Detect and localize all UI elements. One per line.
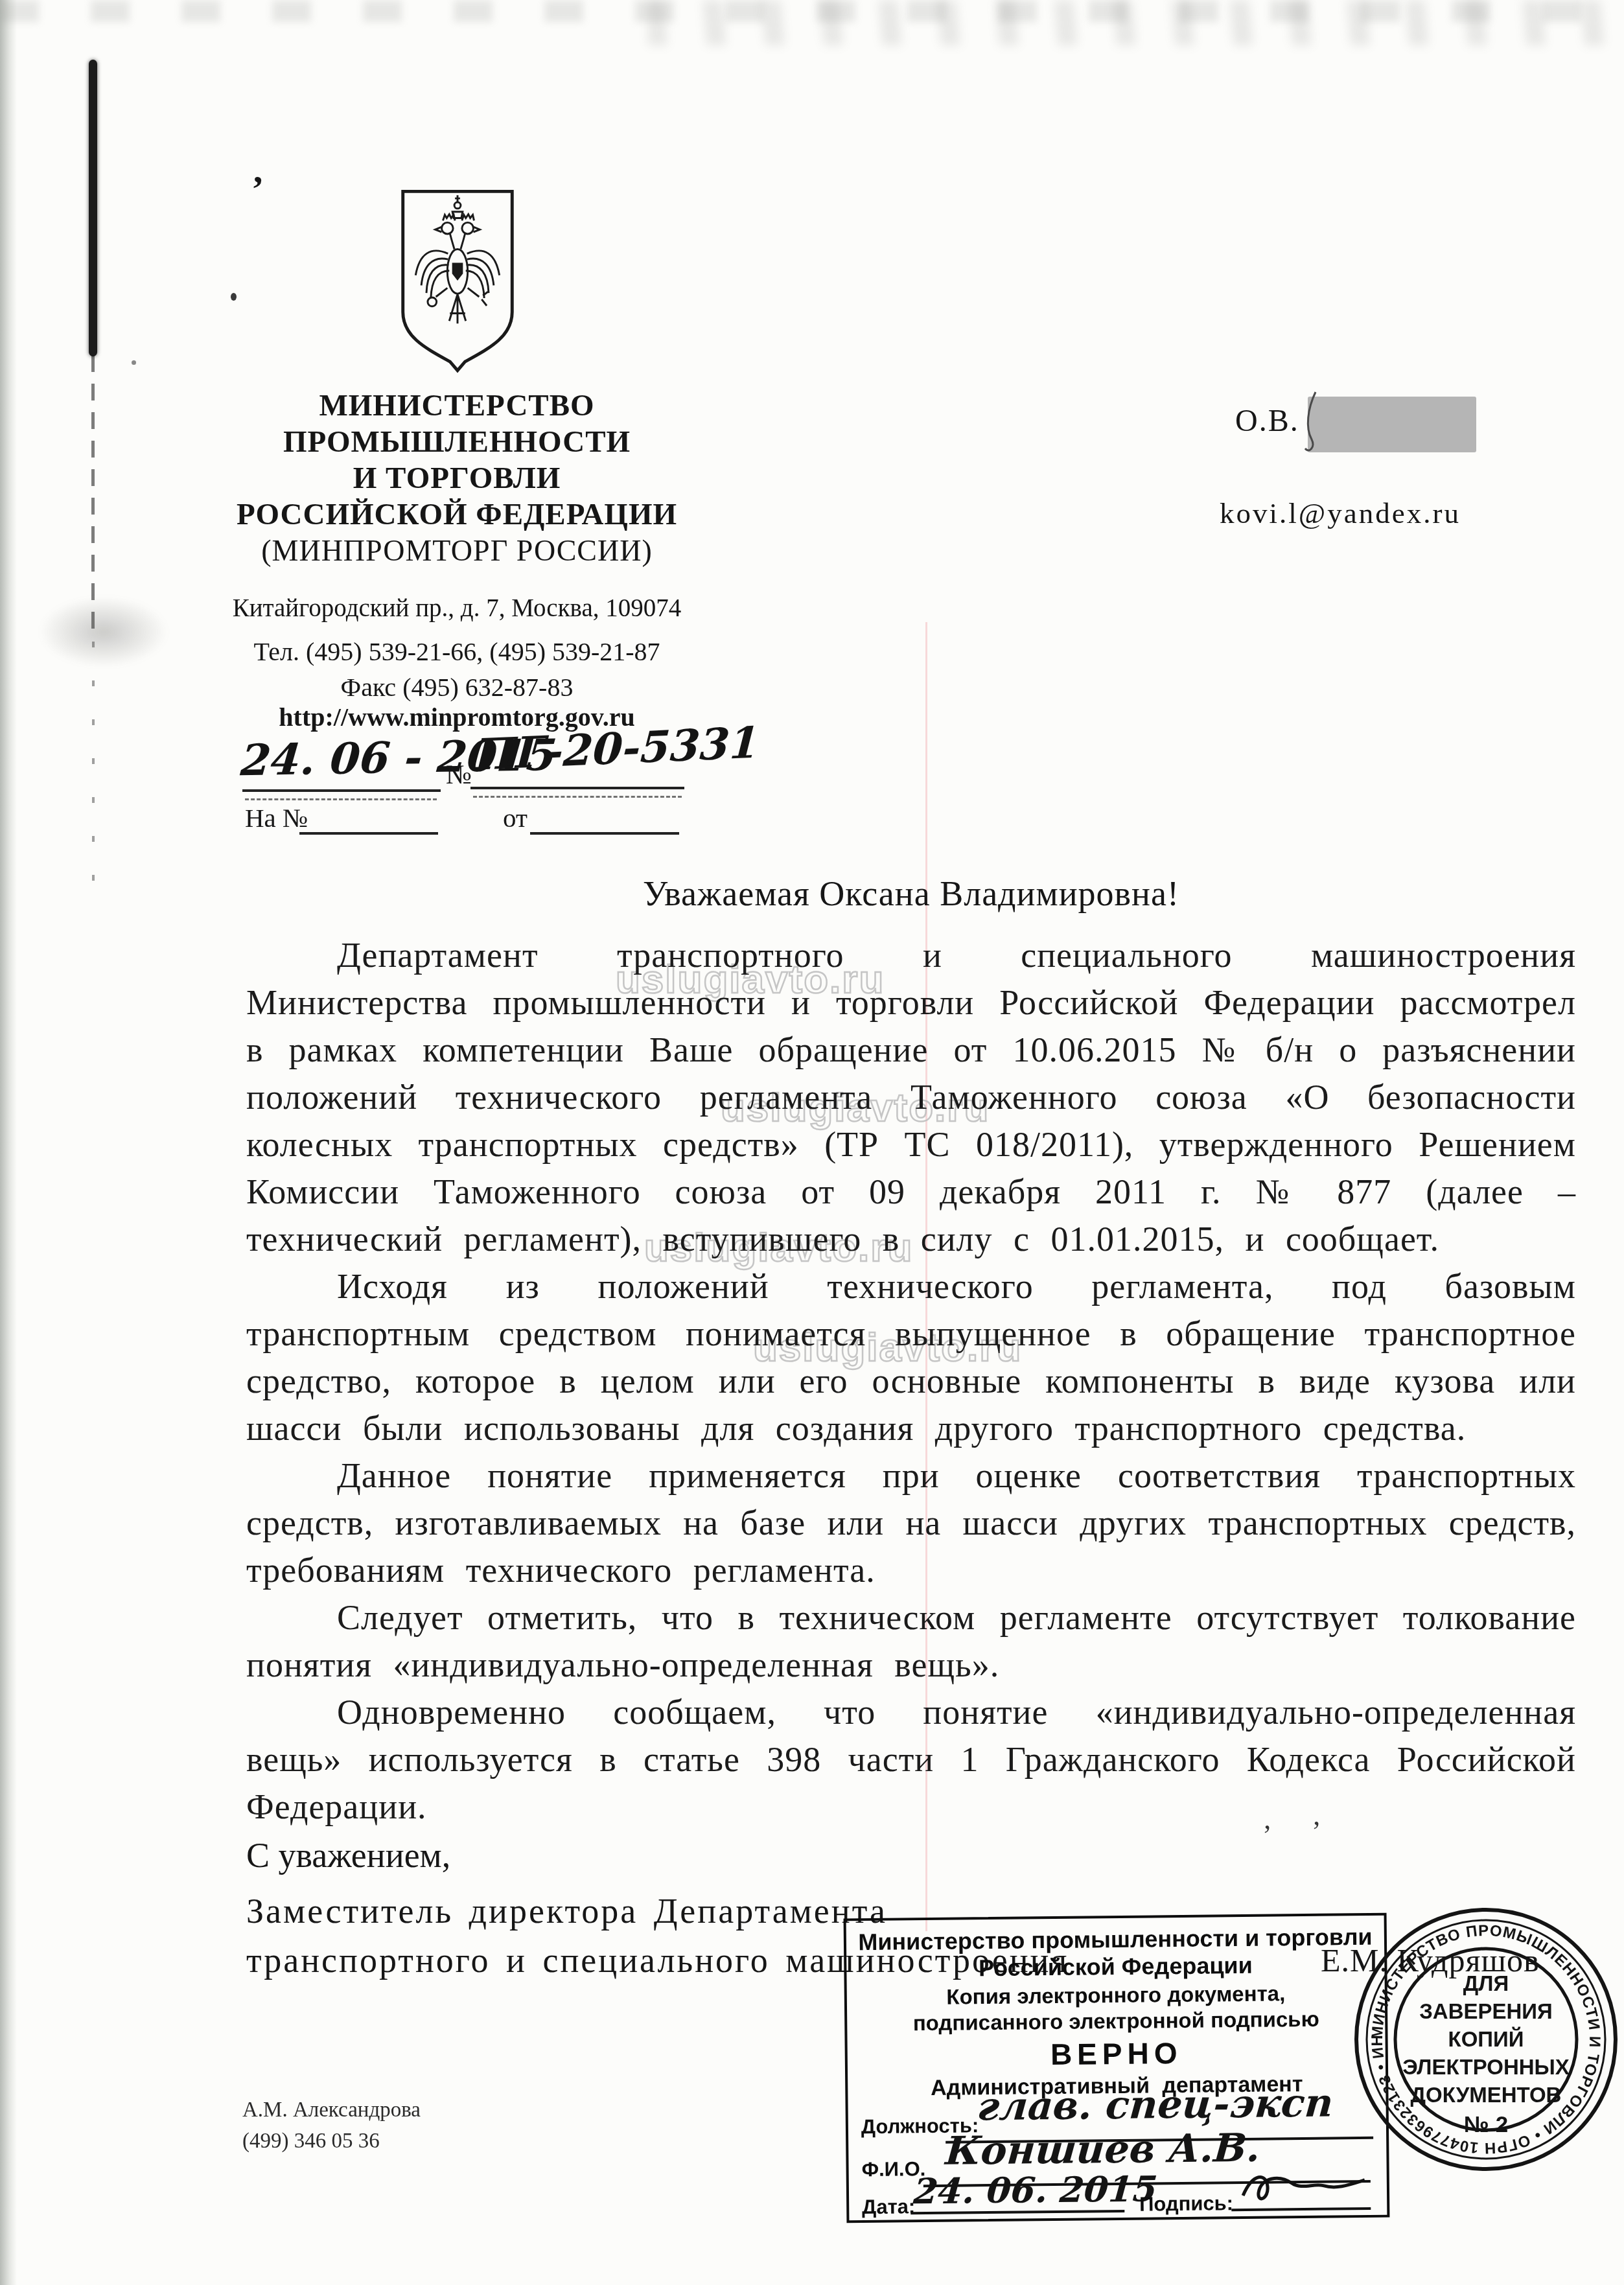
stamp-name-value-handwritten: Коншиев А.В. [944, 2126, 1262, 2174]
salutation: Уважаемая Оксана Владимировна! [246, 874, 1576, 914]
reply-ref-label: На № [245, 802, 308, 833]
number-underline-dashes [473, 770, 682, 798]
letterhead-ministry-name: МИНИСТЕРСТВО ПРОМЫШЛЕННОСТИ И ТОРГОВЛИ Р… [214, 388, 700, 569]
stamp-date-value-handwritten: 24. 06. 2015 [912, 2168, 1159, 2212]
stamp-verno: ВЕРНО [848, 2034, 1386, 2074]
stamp-position-value-handwritten: глав. спец-эксп [976, 2080, 1335, 2129]
ministry-line: МИНИСТЕРСТВО [214, 388, 700, 424]
body-paragraph: Следует отметить, что в техническом регл… [246, 1594, 1576, 1689]
stamp-copy-line2: подписанного электронной подписью [847, 2006, 1385, 2037]
reply-number-underline [299, 804, 438, 835]
stamp-org-line2: Российской Федерации [846, 1951, 1384, 1984]
seal-center-line: № 2 [1464, 2112, 1508, 2137]
coat-of-arms-emblem [394, 187, 521, 376]
scanned-letter-page: ’ ’ ’ uslugiavto.ru uslugiavto.ru uslugi… [0, 0, 1624, 2285]
scan-artifact-dot2 [132, 360, 136, 365]
body-paragraph: Департамент транспортного и специального… [246, 932, 1576, 1263]
scan-artifact-dot1 [231, 293, 237, 301]
certification-stamp-box: Министерство промышленности и торговли Р… [844, 1913, 1390, 2223]
letterhead-phone: Тел. (495) 539-21-66, (495) 539-21-87 [214, 636, 700, 667]
seal-center-line: ДЛЯ [1463, 1971, 1509, 1995]
scan-artifact-scratch [89, 60, 97, 356]
stamp-date-label: Дата: [862, 2195, 915, 2219]
reply-date-underline [530, 804, 679, 835]
closing-regards: С уважением, [246, 1835, 450, 1875]
scan-artifact-left-edge [0, 0, 17, 2285]
body-paragraph: Одновременно сообщаем, что понятие «инди… [246, 1689, 1576, 1831]
ministry-line: И ТОРГОВЛИ [214, 460, 700, 496]
seal-center-line: КОПИЙ [1448, 2026, 1524, 2051]
executor-phone: (499) 346 05 36 [242, 2129, 380, 2153]
ministry-line: РОССИЙСКОЙ ФЕДЕРАЦИИ [214, 496, 700, 533]
scan-artifact-smudge-left [39, 596, 168, 667]
seal-center-line: ЗАВЕРЕНИЯ [1419, 1999, 1553, 2023]
round-seal: МИНИСТЕРСТВО ПРОМЫШЛЕННОСТИ И ТОРГОВЛИ •… [1334, 1887, 1624, 2192]
stamp-signature-label: Подпись: [1139, 2192, 1233, 2216]
executor-name: А.М. Александрова [242, 2098, 421, 2122]
scan-artifact-scratch-dots [92, 642, 95, 914]
recipient-initials: О.В. [1235, 403, 1299, 439]
seal-center-line: ЭЛЕКТРОННЫХ [1402, 2055, 1570, 2079]
seal-center-line: ДОКУМЕНТОВ [1411, 2083, 1562, 2107]
scan-artifact-comma1: ’ [251, 167, 264, 211]
round-seal-icon: МИНИСТЕРСТВО ПРОМЫШЛЕННОСТИ И ТОРГОВЛИ •… [1334, 1887, 1624, 2192]
signer-position-line1: Заместитель директора Департамента [246, 1891, 887, 1931]
recipient-email: kovi.l@yandex.ru [1220, 496, 1461, 530]
ministry-line: ПРОМЫШЛЕННОСТИ [214, 424, 700, 460]
letter-body: Департамент транспортного и специального… [246, 932, 1576, 1831]
letterhead-fax: Факс (495) 632-87-83 [214, 672, 700, 702]
date-underline-dashes [245, 772, 437, 800]
number-sign: № [446, 760, 472, 791]
stamp-signature-underline [1231, 2207, 1371, 2211]
letterhead-address: Китайгородский пр., д. 7, Москва, 109074 [214, 594, 700, 623]
reply-from-label: от [503, 802, 528, 833]
scan-artifact-scratch-tail [91, 355, 95, 634]
redaction-pen-squiggle [1296, 389, 1328, 460]
body-paragraph: Исходя из положений технического регламе… [246, 1263, 1576, 1452]
stamp-copy-line1: Копия электронного документа, [847, 1980, 1385, 2011]
recipient-name-redaction-box [1308, 397, 1476, 452]
scan-artifact-top-right-smudge [648, 0, 1620, 45]
ministry-short-name: (МИНПРОМТОРГ РОССИИ) [214, 533, 700, 569]
russian-eagle-icon [394, 187, 521, 376]
body-paragraph: Данное понятие применяется при оценке со… [246, 1452, 1576, 1594]
